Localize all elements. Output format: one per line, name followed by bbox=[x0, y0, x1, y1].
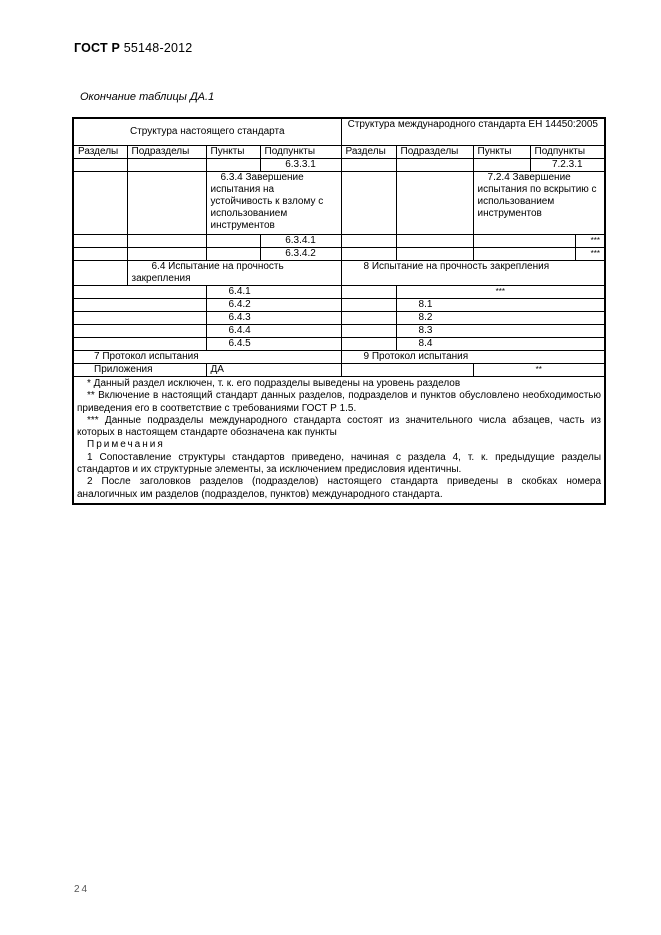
notes-row: * Данный раздел исключен, т. к. его подр… bbox=[73, 377, 605, 504]
right-structure-title: Структура международного стандарта ЕН 14… bbox=[341, 118, 605, 146]
cell-6-3-4-1: 6.3.4.1 bbox=[260, 235, 341, 248]
cell-8-3: 8.3 bbox=[396, 325, 605, 338]
table-row: 6.4.1 *** bbox=[73, 286, 605, 299]
col-subpoints: Подпункты bbox=[260, 146, 341, 159]
cell-6-4-1: 6.4.1 bbox=[206, 286, 341, 299]
note-2: 2 После заголовков разделов (подразделов… bbox=[77, 476, 601, 501]
column-header-row: Разделы Подразделы Пункты Подпункты Разд… bbox=[73, 146, 605, 159]
cell-mark-3: *** bbox=[396, 286, 605, 299]
col-subsections: Подразделы bbox=[127, 146, 206, 159]
table-row: 7 Протокол испытания 9 Протокол испытани… bbox=[73, 351, 605, 364]
table-caption: Окончание таблицы ДА.1 bbox=[80, 91, 214, 103]
footnote-3: *** Данные подразделы международного ста… bbox=[77, 415, 601, 440]
col-sections-intl: Разделы bbox=[341, 146, 396, 159]
table-row: 6.4.3 8.2 bbox=[73, 312, 605, 325]
table-row: 6.3.4.1 *** bbox=[73, 235, 605, 248]
cell-6-4-2: 6.4.2 bbox=[206, 299, 341, 312]
cell-mark-4: ** bbox=[473, 364, 605, 377]
table-row: 6.3.4 Завершение испытания на устойчивос… bbox=[73, 172, 605, 235]
cell-appendices-label: Приложения bbox=[73, 364, 206, 377]
document-prefix: ГОСТ Р bbox=[74, 41, 120, 55]
footnote-1: * Данный раздел исключен, т. к. его подр… bbox=[77, 378, 601, 390]
note-1: 1 Сопоставление структуры стандартов при… bbox=[77, 452, 601, 477]
cell-mark-1: *** bbox=[575, 235, 605, 248]
cell-8-4: 8.4 bbox=[396, 338, 605, 351]
table-row: Приложения ДА ** bbox=[73, 364, 605, 377]
cell-appendix-da: ДА bbox=[206, 364, 341, 377]
table-header-row: Структура настоящего стандарта Структура… bbox=[73, 118, 605, 146]
col-points-intl: Пункты bbox=[473, 146, 530, 159]
cell-6-4-4: 6.4.4 bbox=[206, 325, 341, 338]
table-row: 6.4 Испытание на прочность закрепления 8… bbox=[73, 261, 605, 286]
table-row: 6.4.5 8.4 bbox=[73, 338, 605, 351]
col-subpoints-intl: Подпункты bbox=[530, 146, 605, 159]
cell-6-3-4-2: 6.3.4.2 bbox=[260, 248, 341, 261]
table-row: 6.3.3.1 7.2.3.1 bbox=[73, 159, 605, 172]
table-row: 6.4.2 8.1 bbox=[73, 299, 605, 312]
cell-7-2-4: 7.2.4 Завершение испытания по вскрытию с… bbox=[473, 172, 605, 235]
cell-8-2: 8.2 bbox=[396, 312, 605, 325]
cell-8: 8 Испытание на прочность закрепления bbox=[341, 261, 605, 286]
cell-7-protocol: 7 Протокол испытания bbox=[73, 351, 341, 364]
cell-8-1: 8.1 bbox=[396, 299, 605, 312]
cell-7-2-3-1: 7.2.3.1 bbox=[530, 159, 605, 172]
col-sections: Разделы bbox=[73, 146, 127, 159]
document-code: ГОСТ Р 55148-2012 bbox=[74, 41, 192, 55]
cell-6-4: 6.4 Испытание на прочность закрепления bbox=[127, 261, 341, 286]
cell-mark-2: *** bbox=[575, 248, 605, 261]
document-number: 55148-2012 bbox=[124, 41, 193, 55]
cell-6-3-4: 6.3.4 Завершение испытания на устойчивос… bbox=[206, 172, 341, 235]
structure-comparison-table: Структура настоящего стандарта Структура… bbox=[72, 117, 606, 505]
cell-6-3-3-1: 6.3.3.1 bbox=[260, 159, 341, 172]
cell-6-4-5: 6.4.5 bbox=[206, 338, 341, 351]
table-notes: * Данный раздел исключен, т. к. его подр… bbox=[73, 377, 605, 504]
cell-9-protocol: 9 Протокол испытания bbox=[341, 351, 605, 364]
notes-heading: Примечания bbox=[77, 439, 601, 451]
table-row: 6.3.4.2 *** bbox=[73, 248, 605, 261]
cell-6-4-3: 6.4.3 bbox=[206, 312, 341, 325]
left-structure-title: Структура настоящего стандарта bbox=[73, 118, 341, 146]
footnote-2: ** Включение в настоящий стандарт данных… bbox=[77, 390, 601, 415]
table-row: 6.4.4 8.3 bbox=[73, 325, 605, 338]
col-points: Пункты bbox=[206, 146, 260, 159]
page-number: 24 bbox=[74, 884, 89, 895]
col-subsections-intl: Подразделы bbox=[396, 146, 473, 159]
